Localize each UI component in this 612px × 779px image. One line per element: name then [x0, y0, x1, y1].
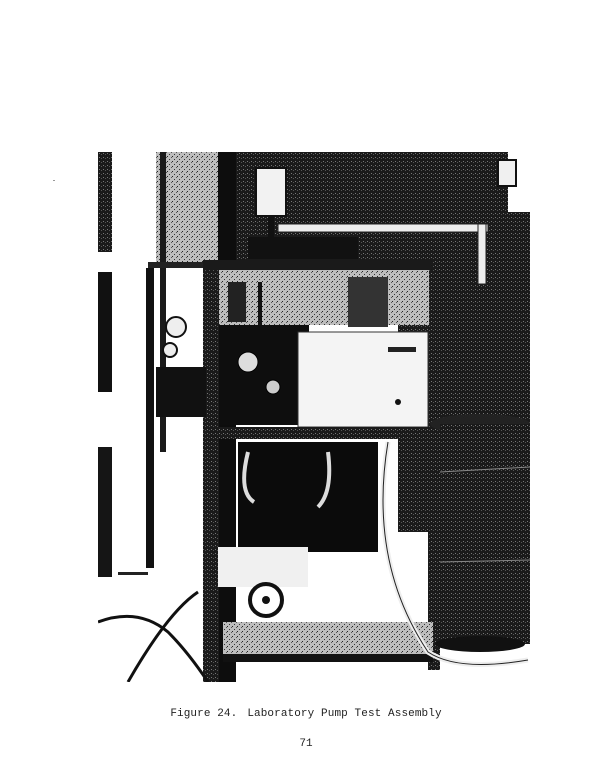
figure-photo: [98, 152, 530, 682]
page-number: 71: [0, 738, 612, 750]
figure-title: Laboratory Pump Test Assembly: [247, 708, 441, 720]
figure-label: Figure 24.: [170, 708, 237, 720]
pump-test-assembly-photo: [98, 152, 530, 682]
scan-speck: [53, 180, 55, 181]
figure-caption: Figure 24.Laboratory Pump Test Assembly: [0, 708, 612, 720]
document-page: Figure 24.Laboratory Pump Test Assembly …: [0, 0, 612, 779]
